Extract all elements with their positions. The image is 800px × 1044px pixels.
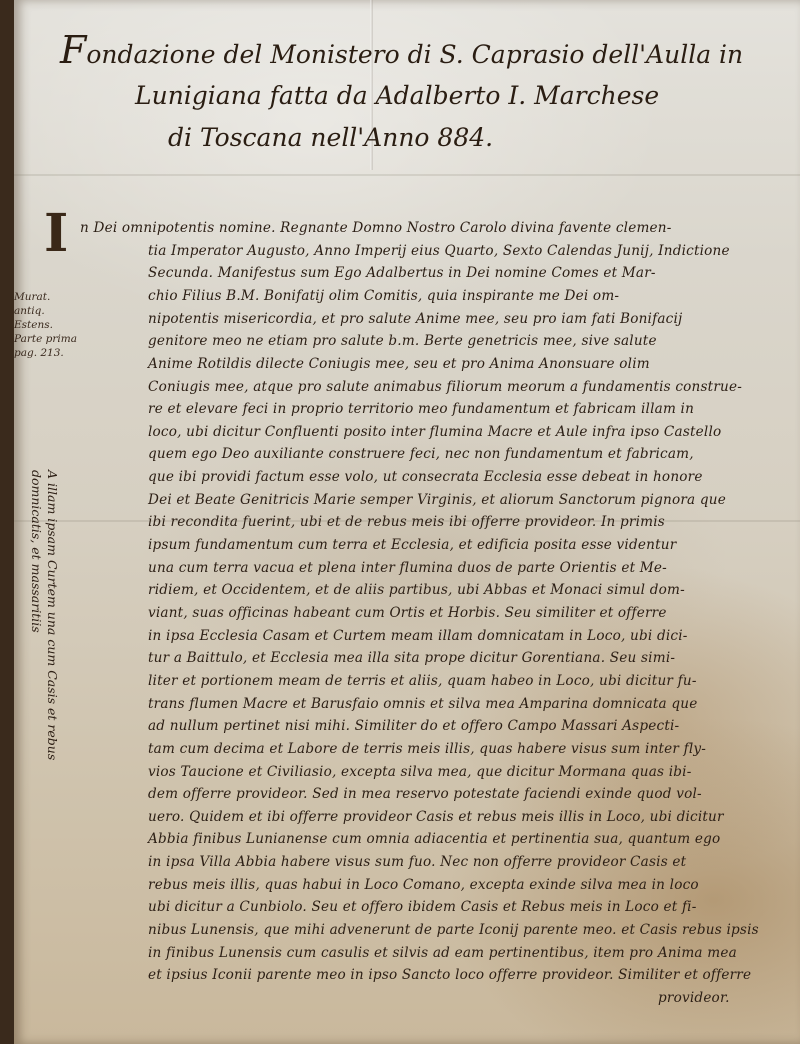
text-line: nipotentis misericordia, et pro salute A… bbox=[148, 311, 682, 327]
text-line: dem offerre provideor. Sed in mea reserv… bbox=[148, 786, 702, 802]
text-line: tia Imperator Augusto, Anno Imperij eius… bbox=[148, 243, 730, 259]
text-line: chio Filius B.M. Bonifatij olim Comitis,… bbox=[148, 288, 619, 304]
text-line: rebus meis illis, quas habui in Loco Com… bbox=[148, 877, 699, 893]
text-line: in ipsa Ecclesia Casam et Curtem meam il… bbox=[148, 628, 688, 644]
text-line: quem ego Deo auxiliante construere feci,… bbox=[148, 446, 694, 462]
text-line: tur a Baittulo, et Ecclesia mea illa sit… bbox=[148, 650, 675, 666]
title-line-1: Fondazione del Monistero di S. Caprasio … bbox=[60, 32, 743, 73]
text-line: que ibi providi factum esse volo, ut con… bbox=[148, 469, 703, 485]
text-line: ipsum fundamentum cum terra et Ecclesia,… bbox=[148, 537, 676, 553]
margin-note-vertical: A illam ipsam Curtem una cum Casis et re… bbox=[28, 470, 60, 760]
text-line: uero. Quidem et ibi offerre provideor Ca… bbox=[148, 809, 724, 825]
text-line: una cum terra vacua et plena inter flumi… bbox=[148, 560, 667, 576]
text-line: Secunda. Manifestus sum Ego Adalbertus i… bbox=[148, 265, 656, 281]
title-line-3: di Toscana nell'Anno 884. bbox=[168, 120, 493, 156]
text-line: Anime Rotildis dilecte Coniugis mee, seu… bbox=[148, 356, 650, 372]
text-line: trans flumen Macre et Barusfaio omnis et… bbox=[148, 696, 697, 712]
paper-crease bbox=[14, 174, 800, 176]
text-line: loco, ubi dicitur Confluenti posito inte… bbox=[148, 424, 721, 440]
text-line: ad nullum pertinet nisi mihi. Similiter … bbox=[148, 718, 679, 734]
text-line: ubi dicitur a Cunbiolo. Seu et offero ib… bbox=[148, 899, 697, 915]
body-initial-letter: I bbox=[44, 208, 68, 260]
text-line: re et elevare feci in proprio territorio… bbox=[148, 401, 694, 417]
text-line: in ipsa Villa Abbia habere visus sum fuo… bbox=[148, 854, 686, 870]
text-line: n Dei omnipotentis nomine. Regnante Domn… bbox=[80, 220, 672, 236]
title-initial: F bbox=[60, 28, 86, 72]
text-line: vios Taucione et Civiliasio, excepta sil… bbox=[148, 764, 692, 780]
title-line-2: Lunigiana fatta da Adalberto I. Marchese bbox=[135, 78, 659, 114]
margin-note-citation: Murat. antiq. Estens. Parte prima pag. 2… bbox=[14, 290, 74, 360]
text-line: viant, suas officinas habeant cum Ortis … bbox=[148, 605, 667, 621]
text-line: ridiem, et Occidentem, et de aliis parti… bbox=[148, 582, 685, 598]
text-line: Coniugis mee, atque pro salute animabus … bbox=[148, 379, 742, 395]
text-line: liter et portionem meam de terris et ali… bbox=[148, 673, 697, 689]
text-line: Dei et Beate Genitricis Marie semper Vir… bbox=[148, 492, 726, 508]
text-line: genitore meo ne etiam pro salute b.m. Be… bbox=[148, 333, 657, 349]
text-line: tam cum decima et Labore de terris meis … bbox=[148, 741, 706, 757]
text-line: Abbia finibus Lunianense cum omnia adiac… bbox=[148, 831, 720, 847]
text-line: ibi recondita fuerint, ubi et de rebus m… bbox=[148, 514, 665, 530]
